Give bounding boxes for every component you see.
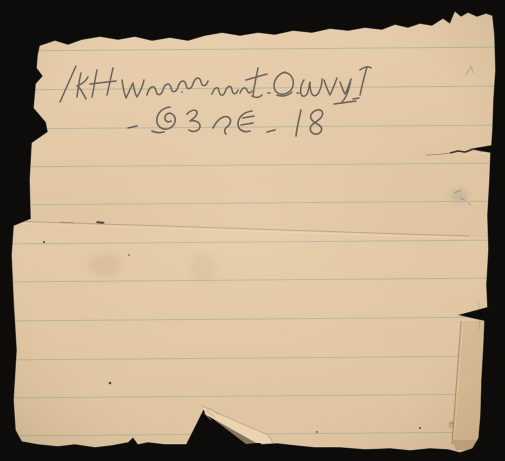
paper-grain xyxy=(0,0,505,461)
scanned-note-image xyxy=(0,0,505,461)
paper-fragment xyxy=(0,0,505,461)
photograph: KH Wceeewent . D.W V.y. I . W 6 r E . 18 xyxy=(0,0,505,461)
